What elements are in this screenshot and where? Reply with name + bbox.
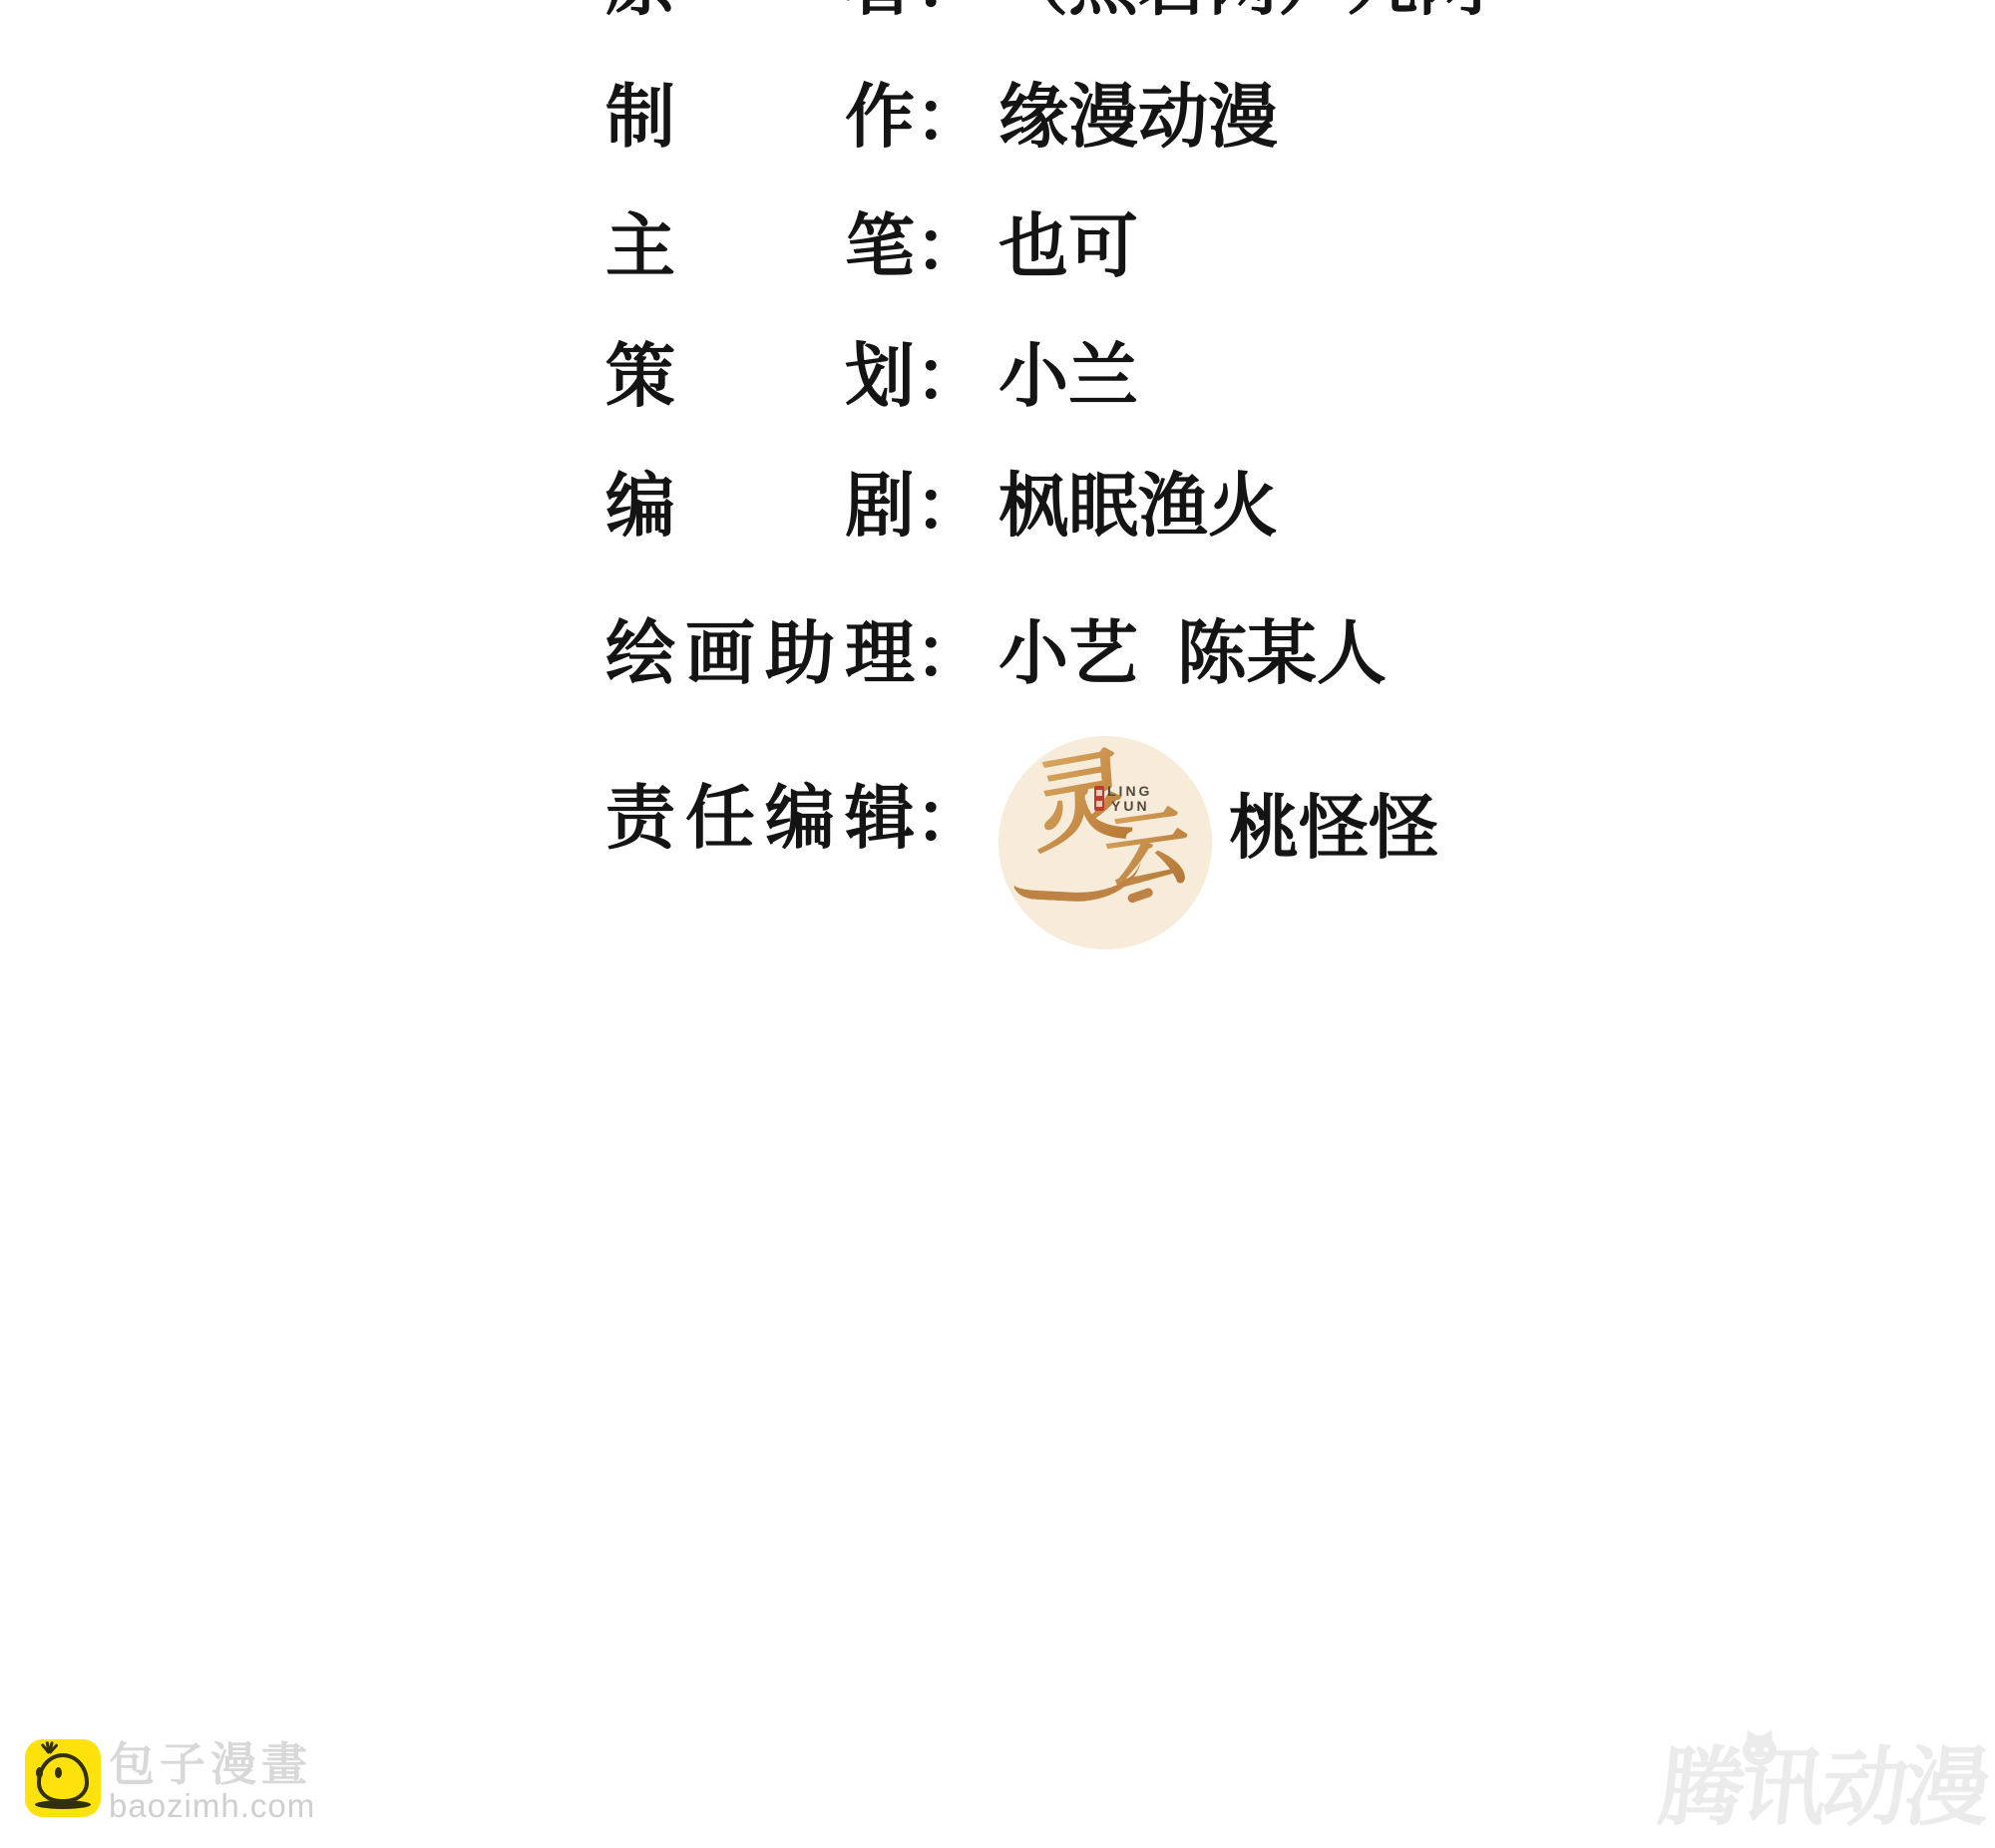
credit-value: 桃怪怪 (1229, 793, 1438, 863)
imp-face-icon (1743, 1735, 1777, 1765)
credit-colon: ： (915, 0, 998, 19)
credit-colon: ： (915, 783, 998, 853)
lingyun-latin-block: LINGYUN (1094, 784, 1152, 814)
baozimh-watermark: 包子漫畫 baozimh.com (25, 1739, 315, 1823)
credit-value: 小兰 (998, 341, 1138, 411)
credit-row-production: 制作：缘漫动漫 (605, 82, 1278, 152)
credit-colon: ： (915, 618, 998, 688)
baozimh-domain: baozimh.com (109, 1789, 315, 1823)
credit-value: （黑岩网）九两 (998, 0, 1487, 19)
credit-row-lead-artist: 主笔：也可 (605, 211, 1138, 281)
credit-colon: ： (915, 341, 998, 411)
lingyun-latin-line1: LING (1107, 783, 1152, 799)
credit-label: 策划 (605, 341, 915, 411)
credit-label: 编剧 (605, 471, 915, 541)
credit-label: 制作 (605, 82, 915, 152)
credit-row-original-author: 原著：（黑岩网）九两 (605, 0, 1487, 19)
lingyun-studio-logo: 灵 云 LINGYUN (998, 736, 1212, 949)
credit-row-planning: 策划：小兰 (605, 341, 1138, 411)
bun-base-shadow (35, 1800, 91, 1809)
credit-value: 也可 (998, 211, 1138, 281)
credit-label: 责任编辑 (605, 783, 915, 853)
credit-colon: ： (915, 211, 998, 281)
bun-eye (36, 1767, 43, 1778)
lingyun-latin-line2: YUN (1107, 798, 1150, 814)
credit-label: 原著 (605, 0, 915, 19)
comic-credits-page: 原著：（黑岩网）九两 制作：缘漫动漫 主笔：也可 策划：小兰 编剧：枫眠渔火 绘… (0, 0, 1995, 1848)
credit-row-screenwriter: 编剧：枫眠渔火 (605, 471, 1278, 541)
bun-eye (55, 1767, 62, 1778)
credit-label: 主笔 (605, 211, 915, 281)
credit-colon: ： (915, 471, 998, 541)
baozimh-title: 包子漫畫 (109, 1739, 315, 1789)
credit-value: 枫眠渔火 (998, 471, 1278, 541)
credit-colon: ： (915, 82, 998, 152)
tencent-wordmark: 腾讯动漫 (1654, 1745, 1990, 1831)
credit-row-responsible-editor: 责任编辑： 灵 云 LINGYUN 桃怪怪 (605, 783, 1438, 949)
baozi-bun-icon (25, 1739, 101, 1817)
credit-value: 缘漫动漫 (998, 82, 1278, 152)
lingyun-red-seal-icon (1094, 786, 1104, 811)
bun-dome (37, 1753, 89, 1803)
credit-value: 小艺 陈某人 (998, 618, 1387, 688)
credit-label: 绘画助理 (605, 618, 915, 688)
credit-row-art-assistants: 绘画助理：小艺 陈某人 (605, 618, 1387, 688)
tencent-comics-watermark: 腾讯动漫 (1651, 1733, 1990, 1843)
